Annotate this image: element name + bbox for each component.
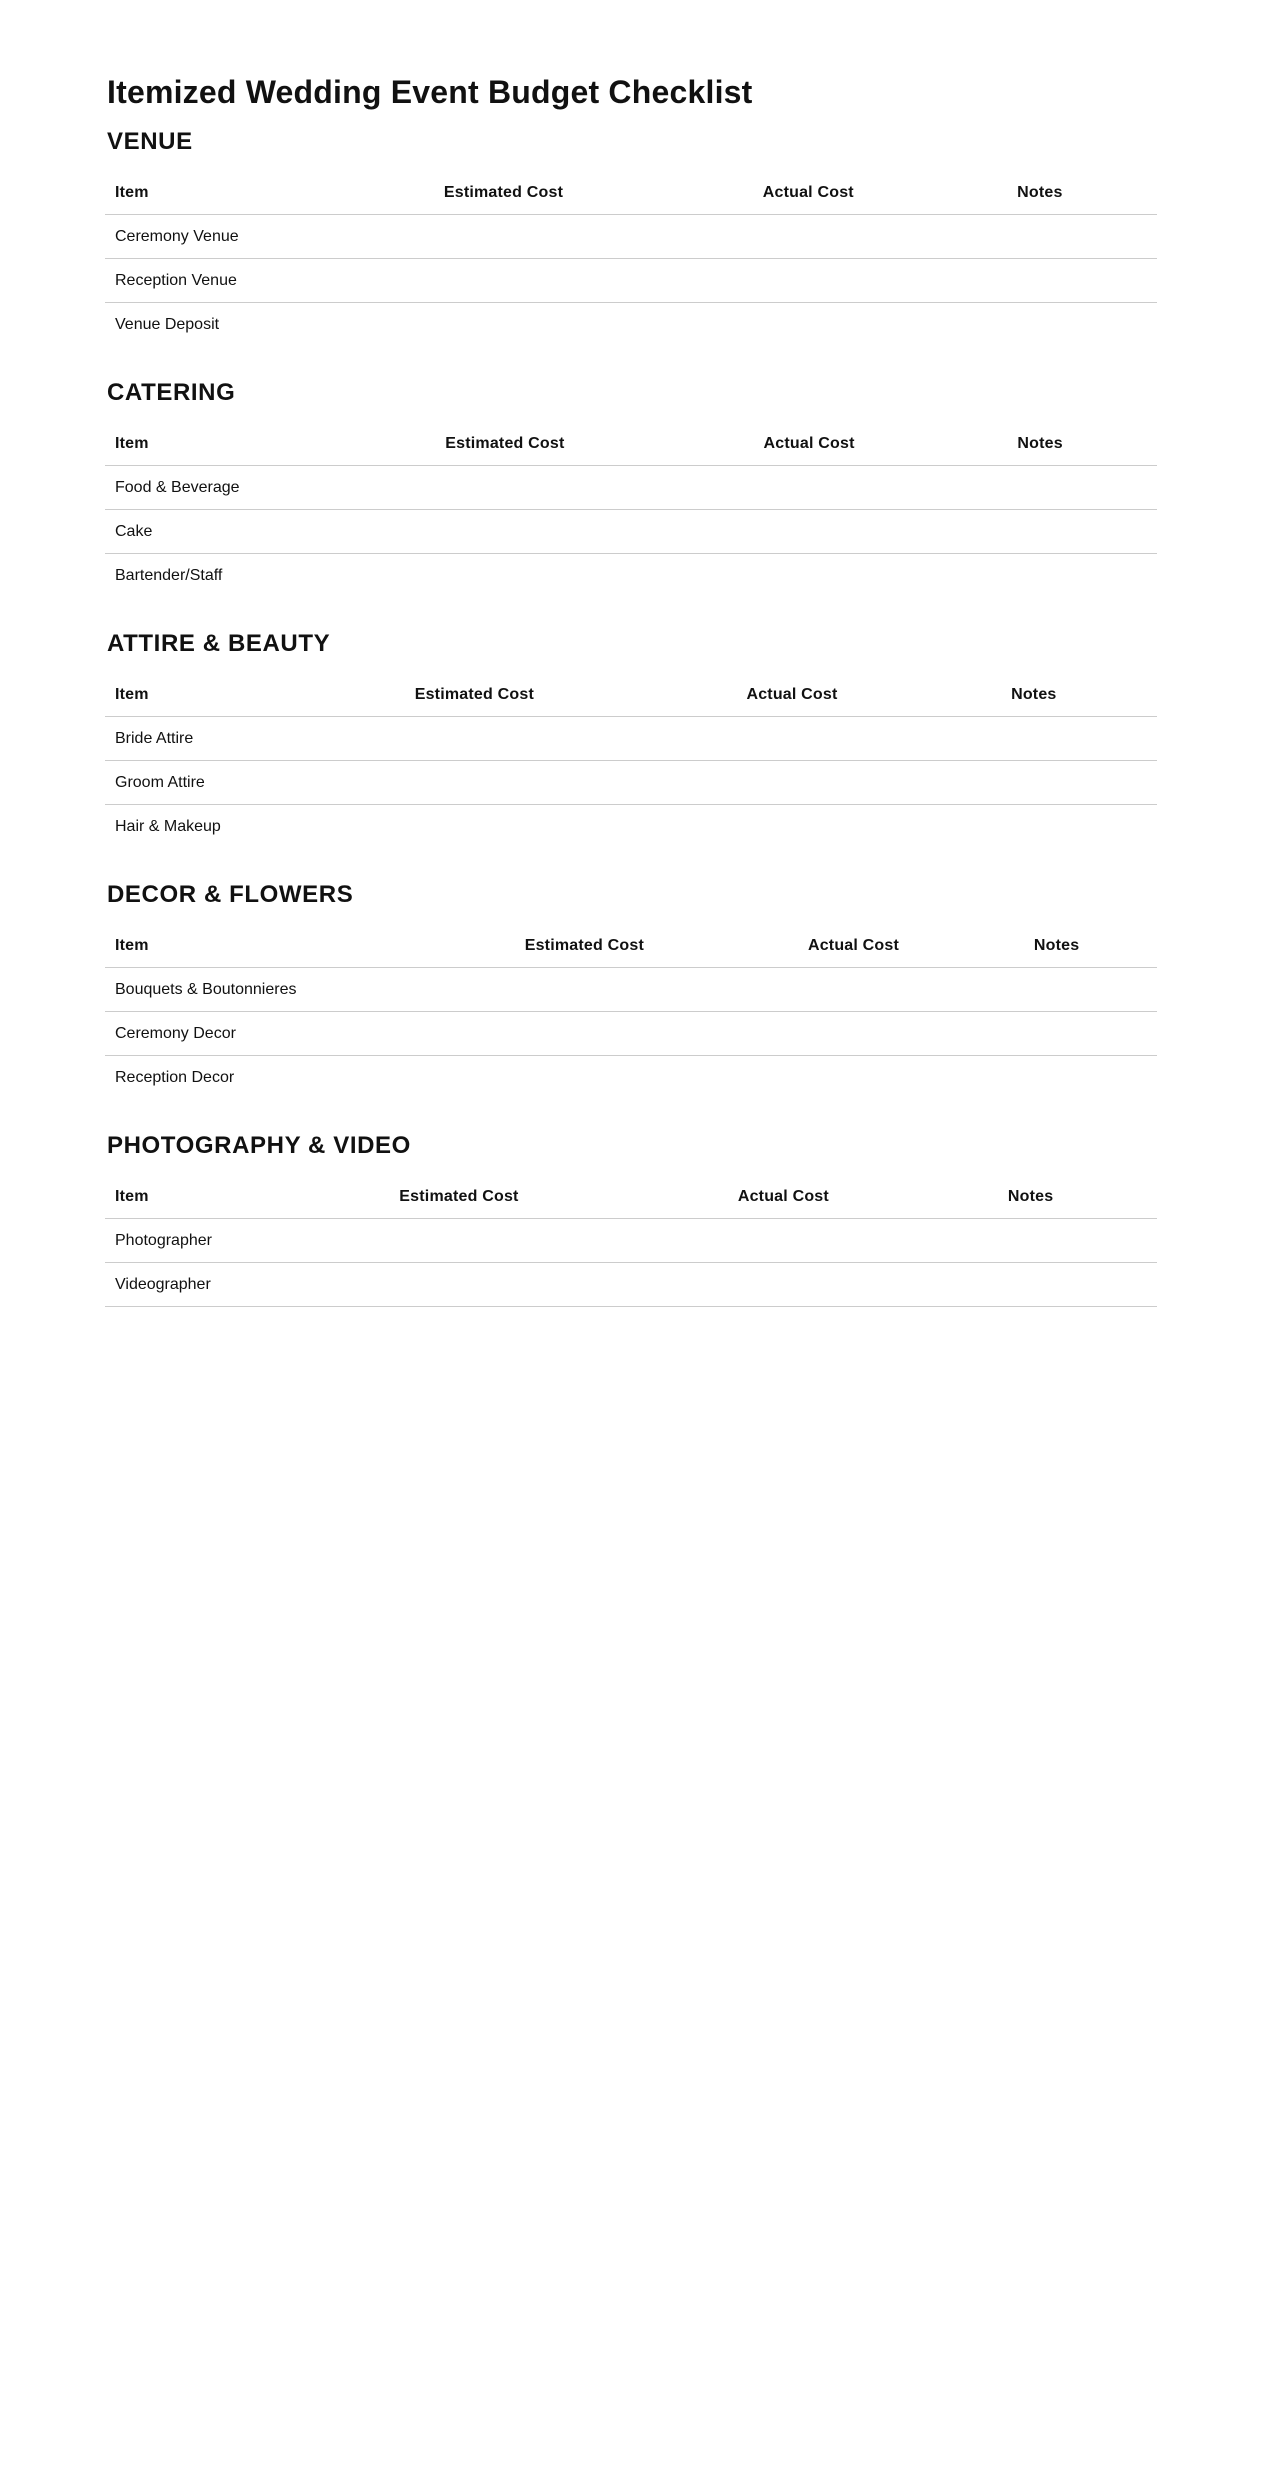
column-header-notes: Notes bbox=[998, 1175, 1157, 1219]
notes-cell[interactable] bbox=[998, 1219, 1157, 1263]
table-row: Hair & Makeup bbox=[105, 805, 1157, 849]
table-header-row: Item Estimated Cost Actual Cost Notes bbox=[105, 924, 1157, 968]
estimated-cost-cell[interactable] bbox=[434, 259, 753, 303]
notes-cell[interactable] bbox=[1024, 1056, 1157, 1100]
budget-sections: VENUE Item Estimated Cost Actual Cost No… bbox=[105, 128, 1157, 1307]
table-row: Bouquets & Boutonnieres bbox=[105, 968, 1157, 1012]
column-header-notes: Notes bbox=[1024, 924, 1157, 968]
item-cell: Bride Attire bbox=[105, 717, 405, 761]
actual-cost-cell[interactable] bbox=[736, 761, 1001, 805]
column-header-estimated-cost: Estimated Cost bbox=[389, 1175, 728, 1219]
table-row: Bartender/Staff bbox=[105, 554, 1157, 598]
item-cell: Food & Beverage bbox=[105, 466, 435, 510]
notes-cell[interactable] bbox=[1001, 805, 1157, 849]
table-row: Cake bbox=[105, 510, 1157, 554]
column-header-item: Item bbox=[105, 422, 435, 466]
actual-cost-cell[interactable] bbox=[754, 510, 1008, 554]
notes-cell[interactable] bbox=[1007, 466, 1157, 510]
column-header-item: Item bbox=[105, 171, 434, 215]
budget-table: Item Estimated Cost Actual Cost Notes Br… bbox=[105, 673, 1157, 848]
actual-cost-cell[interactable] bbox=[736, 717, 1001, 761]
column-header-estimated-cost: Estimated Cost bbox=[515, 924, 798, 968]
column-header-item: Item bbox=[105, 924, 515, 968]
actual-cost-cell[interactable] bbox=[753, 303, 1007, 347]
column-header-notes: Notes bbox=[1001, 673, 1157, 717]
budget-section-catering: CATERING Item Estimated Cost Actual Cost… bbox=[105, 379, 1157, 597]
estimated-cost-cell[interactable] bbox=[434, 215, 753, 259]
notes-cell[interactable] bbox=[1024, 968, 1157, 1012]
table-row: Bride Attire bbox=[105, 717, 1157, 761]
table-row: Venue Deposit bbox=[105, 303, 1157, 347]
actual-cost-cell[interactable] bbox=[728, 1263, 998, 1307]
estimated-cost-cell[interactable] bbox=[405, 717, 737, 761]
estimated-cost-cell[interactable] bbox=[389, 1263, 728, 1307]
column-header-notes: Notes bbox=[1007, 422, 1157, 466]
table-row: Groom Attire bbox=[105, 761, 1157, 805]
table-header-row: Item Estimated Cost Actual Cost Notes bbox=[105, 171, 1157, 215]
notes-cell[interactable] bbox=[1007, 554, 1157, 598]
item-cell: Reception Decor bbox=[105, 1056, 515, 1100]
budget-section-photography-video: PHOTOGRAPHY & VIDEO Item Estimated Cost … bbox=[105, 1132, 1157, 1307]
item-cell: Venue Deposit bbox=[105, 303, 434, 347]
estimated-cost-cell[interactable] bbox=[515, 1012, 798, 1056]
item-cell: Bouquets & Boutonnieres bbox=[105, 968, 515, 1012]
item-cell: Photographer bbox=[105, 1219, 389, 1263]
estimated-cost-cell[interactable] bbox=[435, 554, 753, 598]
actual-cost-cell[interactable] bbox=[798, 1056, 1024, 1100]
item-cell: Ceremony Decor bbox=[105, 1012, 515, 1056]
column-header-item: Item bbox=[105, 1175, 389, 1219]
table-row: Ceremony Decor bbox=[105, 1012, 1157, 1056]
budget-table: Item Estimated Cost Actual Cost Notes Bo… bbox=[105, 924, 1157, 1099]
actual-cost-cell[interactable] bbox=[736, 805, 1001, 849]
estimated-cost-cell[interactable] bbox=[389, 1219, 728, 1263]
estimated-cost-cell[interactable] bbox=[435, 510, 753, 554]
item-cell: Hair & Makeup bbox=[105, 805, 405, 849]
column-header-estimated-cost: Estimated Cost bbox=[435, 422, 753, 466]
budget-table: Item Estimated Cost Actual Cost Notes Ph… bbox=[105, 1175, 1157, 1307]
budget-section-decor-flowers: DECOR & FLOWERS Item Estimated Cost Actu… bbox=[105, 881, 1157, 1099]
notes-cell[interactable] bbox=[1001, 717, 1157, 761]
actual-cost-cell[interactable] bbox=[798, 1012, 1024, 1056]
column-header-actual-cost: Actual Cost bbox=[754, 422, 1008, 466]
page: Itemized Wedding Event Budget Checklist … bbox=[0, 0, 1263, 1307]
estimated-cost-cell[interactable] bbox=[515, 968, 798, 1012]
budget-table: Item Estimated Cost Actual Cost Notes Ce… bbox=[105, 171, 1157, 346]
notes-cell[interactable] bbox=[1007, 303, 1157, 347]
item-cell: Videographer bbox=[105, 1263, 389, 1307]
estimated-cost-cell[interactable] bbox=[434, 303, 753, 347]
table-row: Ceremony Venue bbox=[105, 215, 1157, 259]
column-header-item: Item bbox=[105, 673, 405, 717]
notes-cell[interactable] bbox=[1007, 510, 1157, 554]
actual-cost-cell[interactable] bbox=[728, 1219, 998, 1263]
section-title: VENUE bbox=[107, 128, 1157, 156]
estimated-cost-cell[interactable] bbox=[405, 761, 737, 805]
item-cell: Cake bbox=[105, 510, 435, 554]
actual-cost-cell[interactable] bbox=[754, 466, 1008, 510]
column-header-actual-cost: Actual Cost bbox=[728, 1175, 998, 1219]
item-cell: Groom Attire bbox=[105, 761, 405, 805]
notes-cell[interactable] bbox=[1024, 1012, 1157, 1056]
estimated-cost-cell[interactable] bbox=[405, 805, 737, 849]
table-row: Reception Venue bbox=[105, 259, 1157, 303]
section-title: DECOR & FLOWERS bbox=[107, 881, 1157, 909]
section-title: PHOTOGRAPHY & VIDEO bbox=[107, 1132, 1157, 1160]
notes-cell[interactable] bbox=[1001, 761, 1157, 805]
section-title: CATERING bbox=[107, 379, 1157, 407]
section-title: ATTIRE & BEAUTY bbox=[107, 630, 1157, 658]
actual-cost-cell[interactable] bbox=[753, 259, 1007, 303]
table-row: Food & Beverage bbox=[105, 466, 1157, 510]
actual-cost-cell[interactable] bbox=[754, 554, 1008, 598]
table-header-row: Item Estimated Cost Actual Cost Notes bbox=[105, 1175, 1157, 1219]
notes-cell[interactable] bbox=[1007, 259, 1157, 303]
table-row: Photographer bbox=[105, 1219, 1157, 1263]
actual-cost-cell[interactable] bbox=[753, 215, 1007, 259]
column-header-actual-cost: Actual Cost bbox=[798, 924, 1024, 968]
table-row: Reception Decor bbox=[105, 1056, 1157, 1100]
item-cell: Reception Venue bbox=[105, 259, 434, 303]
budget-section-attire-beauty: ATTIRE & BEAUTY Item Estimated Cost Actu… bbox=[105, 630, 1157, 848]
column-header-estimated-cost: Estimated Cost bbox=[434, 171, 753, 215]
item-cell: Ceremony Venue bbox=[105, 215, 434, 259]
table-header-row: Item Estimated Cost Actual Cost Notes bbox=[105, 673, 1157, 717]
item-cell: Bartender/Staff bbox=[105, 554, 435, 598]
notes-cell[interactable] bbox=[1007, 215, 1157, 259]
table-row: Videographer bbox=[105, 1263, 1157, 1307]
estimated-cost-cell[interactable] bbox=[435, 466, 753, 510]
actual-cost-cell[interactable] bbox=[798, 968, 1024, 1012]
column-header-actual-cost: Actual Cost bbox=[736, 673, 1001, 717]
column-header-actual-cost: Actual Cost bbox=[753, 171, 1007, 215]
estimated-cost-cell[interactable] bbox=[515, 1056, 798, 1100]
column-header-notes: Notes bbox=[1007, 171, 1157, 215]
table-header-row: Item Estimated Cost Actual Cost Notes bbox=[105, 422, 1157, 466]
page-title: Itemized Wedding Event Budget Checklist bbox=[107, 74, 1157, 111]
notes-cell[interactable] bbox=[998, 1263, 1157, 1307]
column-header-estimated-cost: Estimated Cost bbox=[405, 673, 737, 717]
budget-section-venue: VENUE Item Estimated Cost Actual Cost No… bbox=[105, 128, 1157, 346]
budget-table: Item Estimated Cost Actual Cost Notes Fo… bbox=[105, 422, 1157, 597]
